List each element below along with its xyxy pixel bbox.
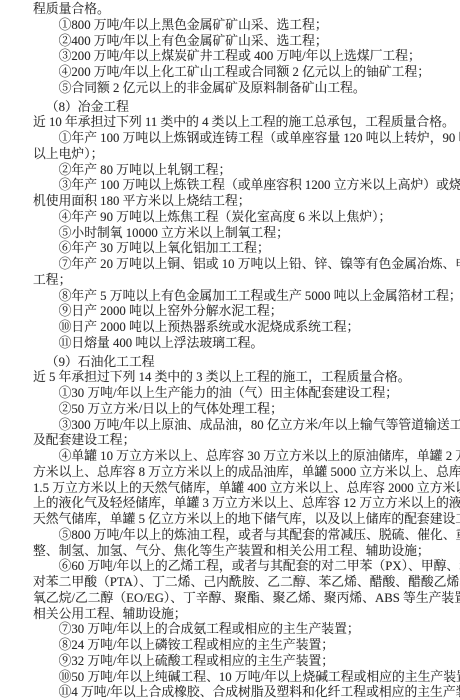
doc-line: ⑤合同额 2 亿元以上的非金属矿及原料制备矿山工程。 (33, 81, 448, 97)
doc-line: ④年产 90 万吨以上炼焦工程（炭化室高度 6 米以上焦炉）； (33, 210, 448, 226)
doc-line: ⑪4 万吨/年以上合成橡胶、合成树脂及塑料和化纤工程或相应的主生产装 (33, 685, 448, 700)
doc-line: 1.5 万立方米以上的天然气储库，单罐 400 立方米以上、总库容 2000 立… (33, 481, 448, 497)
doc-line: 天然气储库，单罐 5 亿立方米以上的地下储气库，以及以上储库的配套建设工程； (33, 512, 448, 528)
doc-line: ⑪日熔量 400 吨以上浮法玻璃工程。 (33, 336, 448, 352)
doc-line: ⑤800 万吨/年以上的炼油工程，或者与其配套的常减压、脱硫、催化、重 (33, 528, 448, 544)
doc-line: ⑦30 万吨/年以上的合成氨工程或相应的主生产装置； (33, 622, 448, 638)
doc-line: ⑤小时制氧 10000 立方米以上制氧工程； (33, 226, 448, 242)
doc-line: ⑧年产 5 万吨以上有色金属加工工程或生产 5000 吨以上金属箔材工程； (33, 289, 448, 305)
doc-line: ②400 万吨/年以上有色金属矿矿山采、选工程； (33, 34, 448, 50)
doc-line: ③300 万吨/年以上原油、成品油，80 亿立方米/年以上输气等管道输送工程 (33, 418, 448, 434)
doc-line: ④200 万吨/年以上化工矿山工程或合同额 2 亿元以上的铀矿工程； (33, 65, 448, 81)
doc-line: ⑥年产 30 万吨以上氧化铝加工工程； (33, 241, 448, 257)
doc-line: 及配套建设工程； (33, 433, 448, 449)
doc-line: ⑧24 万吨/年以上磷铵工程或相应的主生产装置； (33, 638, 448, 654)
doc-line: ⑨日产 2000 吨以上窑外分解水泥工程； (33, 304, 448, 320)
doc-line: ①800 万吨/年以上黑色金属矿矿山采、选工程； (33, 18, 448, 34)
doc-line: 以上电炉）； (33, 147, 448, 163)
doc-line: 程质量合格。 (33, 2, 448, 18)
doc-line: ③年产 100 万吨以上炼铁工程（或单座容积 1200 立方米以上高炉）或烧结 (33, 178, 448, 194)
doc-line: ⑦年产 20 万吨以上铜、铝或 10 万吨以上铅、锌、镍等有色金属冶炼、电解 (33, 257, 448, 273)
doc-line: 对苯二甲酸（PTA）、丁二烯、己内酰胺、乙二醇、苯乙烯、醋酸、醋酸乙烯、环 (33, 575, 448, 591)
document-page: 程质量合格。①800 万吨/年以上黑色金属矿矿山采、选工程；②400 万吨/年以… (0, 0, 460, 700)
doc-line: ②年产 80 万吨以上轧钢工程； (33, 163, 448, 179)
section-heading: （9）石油化工工程 (33, 355, 448, 371)
doc-line: ①30 万吨/年以上生产能力的油（气）田主体配套建设工程； (33, 386, 448, 402)
doc-line: ⑨32 万吨/年以上硫酸工程或相应的主生产装置； (33, 654, 448, 670)
doc-line: ⑥60 万吨/年以上的乙烯工程，或者与其配套的对二甲苯（PX）、甲醇、精 (33, 559, 448, 575)
doc-line: 氧乙烷/乙二醇（EO/EG）、丁辛醇、聚酯、聚乙烯、聚丙烯、ABS 等生产装置和 (33, 591, 448, 607)
doc-line: ⑩50 万吨/年以上纯碱工程、10 万吨/年以上烧碱工程或相应的主生产装置； (33, 670, 448, 686)
doc-line: 近 5 年承担过下列 14 类中的 3 类以上工程的施工，工程质量合格。 (33, 370, 448, 386)
doc-line: ①年产 100 万吨以上炼钢或连铸工程（或单座容量 120 吨以上转炉，90 吨 (33, 131, 448, 147)
doc-line: 近 10 年承担过下列 11 类中的 4 类以上工程的施工总承包，工程质量合格。 (33, 115, 448, 131)
document-text: 程质量合格。①800 万吨/年以上黑色金属矿矿山采、选工程；②400 万吨/年以… (33, 2, 448, 700)
doc-line: 上的液化气及轻烃储库，单罐 3 万立方米以上、总库容 12 万立方米以上的液化 (33, 496, 448, 512)
doc-line: 工程； (33, 273, 448, 289)
doc-line: ③200 万吨/年以上煤炭矿井工程或 400 万吨/年以上选煤厂工程； (33, 49, 448, 65)
doc-line: 相关公用工程、辅助设施； (33, 607, 448, 623)
section-heading: （8）冶金工程 (33, 100, 448, 116)
doc-line: 整、制氢、加氢、气分、焦化等生产装置和相关公用工程、辅助设施； (33, 544, 448, 560)
doc-line: 方米以上、总库容 8 万立方米以上的成品油库，单罐 5000 立方米以上、总库容 (33, 465, 448, 481)
doc-line: ⑩日产 2000 吨以上预热器系统或水泥烧成系统工程； (33, 320, 448, 336)
doc-line: ④单罐 10 万立方米以上、总库容 30 万立方米以上的原油储库，单罐 2 万立 (33, 449, 448, 465)
doc-line: 机使用面积 180 平方米以上烧结工程； (33, 194, 448, 210)
doc-line: ②50 万立方米/日以上的气体处理工程； (33, 402, 448, 418)
